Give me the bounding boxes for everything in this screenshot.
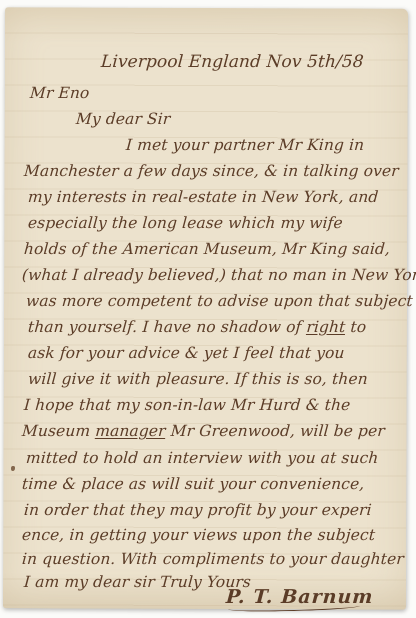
letter-line: (what I already believed,) that no man i… (21, 266, 416, 284)
letter-line: was more competent to advise upon that s… (25, 292, 413, 310)
letter-line: holds of the American Museum, Mr King sa… (23, 240, 390, 258)
letter-photo: Liverpool England Nov 5th/58 Mr Eno My d… (0, 0, 416, 618)
addressee-line: Mr Eno (29, 84, 90, 102)
letter-line: Museum manager Mr Greenwood, will be per (21, 422, 385, 440)
letter-line: in question. With compliments to your da… (21, 550, 404, 568)
letter-line: my interests in real-estate in New York,… (27, 188, 379, 206)
letter-line: Manchester a few days since, & in talkin… (23, 162, 399, 180)
letter-line: ask for your advice & yet I feel that yo… (27, 344, 345, 362)
letter-line: in order that they may profit by your ex… (23, 501, 372, 519)
letter-line: I met your partner Mr King in (125, 136, 364, 154)
dateline: Liverpool England Nov 5th/58 (100, 52, 364, 72)
letter-line: I hope that my son-in-law Mr Hurd & the (23, 396, 351, 414)
letter-line: time & place as will suit your convenien… (21, 475, 365, 493)
salutation-line: My dear Sir (75, 110, 171, 128)
letter-line: I am my dear sir Truly Yours (23, 573, 251, 591)
letter-line: will give it with pleasure. If this is s… (27, 370, 368, 388)
letter-line: especially the long lease which my wife (27, 214, 343, 232)
letter-line: mitted to hold an interview with you at … (25, 449, 379, 467)
letter-line: than yourself. I have no shadow of right… (27, 318, 367, 336)
letter-line: ence, in getting your views upon the sub… (21, 526, 375, 544)
